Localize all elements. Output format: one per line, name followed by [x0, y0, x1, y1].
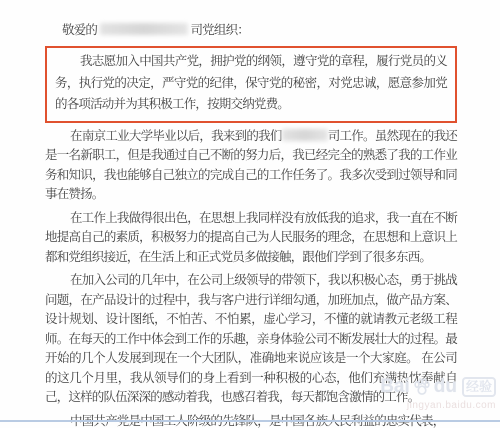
salutation-prefix: 敬爱的: [62, 23, 97, 37]
bottom-divider-line: [0, 420, 500, 422]
document-page: 敬爱的 司党组织： 我志愿加入中国共产党，拥护党的纲领，遵守党的章程，履行党员的…: [0, 0, 500, 428]
paragraph-ideology: 在工作上我做得很出色，在思想上我同样没有放低我的追求，我一直在不断地提高自己的素…: [45, 209, 457, 268]
jingyan-badge: 经验: [462, 377, 496, 397]
paragraph-work-intro: 在南京工业大学毕业以后，我来到的我们司工作。虽然现在的我还是一名新职工，但是我通…: [45, 127, 457, 205]
redacted-company-name-2: [282, 129, 328, 141]
salutation-line: 敬爱的 司党组织：: [62, 22, 457, 39]
salutation-suffix: 司党组织：: [190, 23, 249, 37]
paragraph-company-experience: 在加入公司的几年中，在公司上级领导的带领下，我以积极心态，勇于挑战问题，在产品设…: [45, 271, 457, 408]
highlighted-oath-paragraph: 我志愿加入中国共产党，拥护党的纲领，遵守党的章程，履行党员的义务，执行党的决定，…: [45, 46, 457, 123]
paragraph2-before: 在南京工业大学毕业以后，我来到的我们: [70, 129, 282, 143]
oath-text: 我志愿加入中国共产党，拥护党的纲领，遵守党的章程，履行党员的义务，执行党的决定，…: [55, 54, 447, 111]
letter-body: 敬爱的 司党组织： 我志愿加入中国共产党，拥护党的纲领，遵守党的章程，履行党员的…: [45, 22, 457, 428]
redacted-company-name: [100, 23, 188, 35]
